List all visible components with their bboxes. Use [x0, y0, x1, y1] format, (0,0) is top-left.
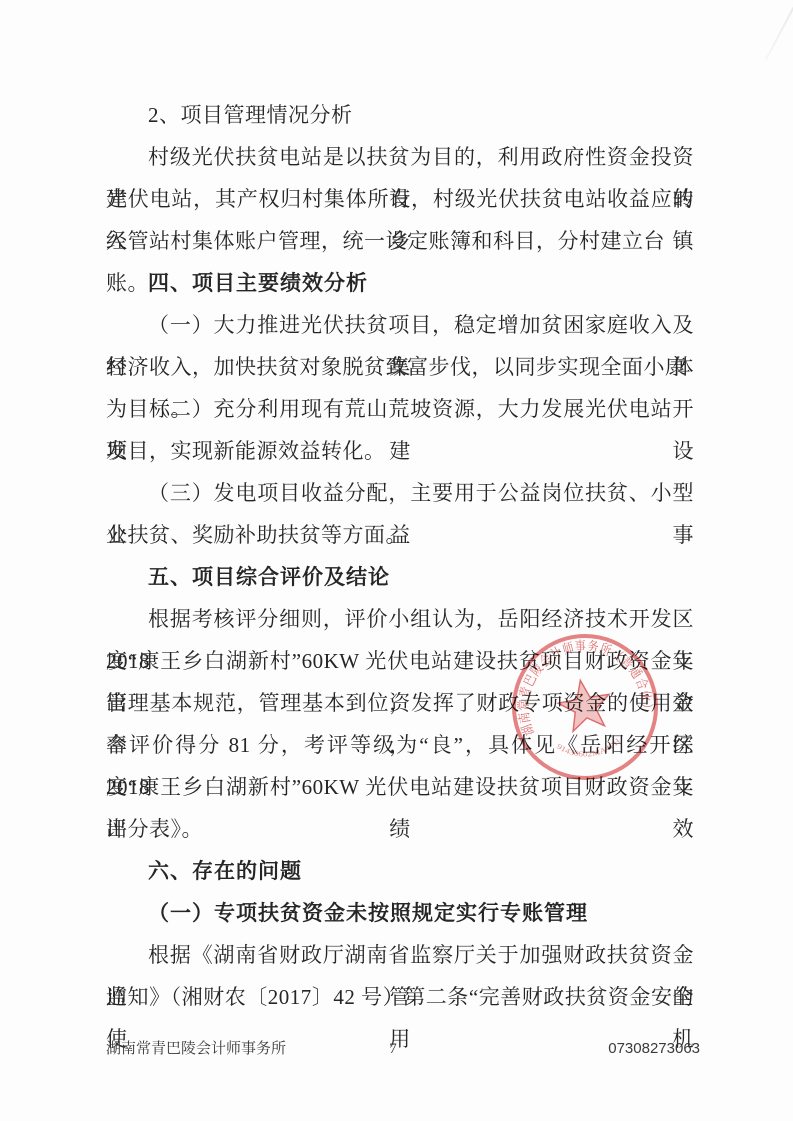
body-line: 根据《湖南省财政厅湖南省监察厅关于加强财政扶贫资金监管的 [106, 934, 694, 976]
body-line: 2、项目管理情况分析 [106, 94, 694, 136]
body-line: 经济收入，加快扶贫对象脱贫致富步伐，以同步实现全面小康为目标。 [106, 346, 694, 388]
body-line: 经管站村集体账户管理，统一设定账簿和科目，分村建立台账。 [106, 220, 694, 262]
heading-line: 四、项目主要绩效分析 [106, 262, 694, 304]
body-line: 村级光伏扶贫电站是以扶贫为目的，利用政府性资金投资建设的 [106, 136, 694, 178]
body-line: （一）大力推进光伏扶贫项目，稳定增加贫困家庭收入及村集体 [106, 304, 694, 346]
scan-crease-artifact [765, 5, 793, 61]
body-line: 光伏电站，其产权归村集体所有，村级光伏扶贫电站收益应转入乡镇 [106, 178, 694, 220]
document-page: 2、项目管理情况分析村级光伏扶贫电站是以扶贫为目的，利用政府性资金投资建设的光伏… [0, 0, 793, 1121]
page-footer: 湖南常青巴陵会计师事务所 7 07308273063 [106, 1037, 700, 1058]
body-line: 根据考核评分细则，评价小组认为，岳阳经济技术开发区 2018 年 [106, 598, 694, 640]
body-line: （三）发电项目收益分配，主要用于公益岗位扶贫、小型公益事 [106, 472, 694, 514]
body-line: 合评价得分 81 分，考评等级为“良”，具体见《岳阳经开区 2018 年 [106, 724, 694, 766]
body-line: 度“康王乡白湖新村”60KW 光伏电站建设扶贫项目财政资金支出绩效 [106, 766, 694, 808]
body-line: 度“康王乡白湖新村”60KW 光伏电站建设扶贫项目财政资金支出资金 [106, 640, 694, 682]
footer-phone: 07308273063 [407, 1040, 700, 1057]
heading-line: 五、项目综合评价及结论 [106, 556, 694, 598]
body-line: 管理基本规范，管理基本到位，发挥了财政专项资金的使用效率，综 [106, 682, 694, 724]
footer-page-number: 7 [389, 1041, 397, 1058]
footer-firm-name: 湖南常青巴陵会计师事务所 [106, 1037, 399, 1058]
heading-line: （一）专项扶贫资金未按照规定实行专账管理 [106, 892, 694, 934]
document-body: 2、项目管理情况分析村级光伏扶贫电站是以扶贫为目的，利用政府性资金投资建设的光伏… [106, 94, 694, 1018]
body-line: （二）充分利用现有荒山荒坡资源，大力发展光伏电站开发建设 [106, 388, 694, 430]
heading-line: 六、存在的问题 [106, 850, 694, 892]
body-line: 通知》（湘财农〔2017〕42 号）第二条“完善财政扶贫资金安全使用机 [106, 976, 694, 1018]
